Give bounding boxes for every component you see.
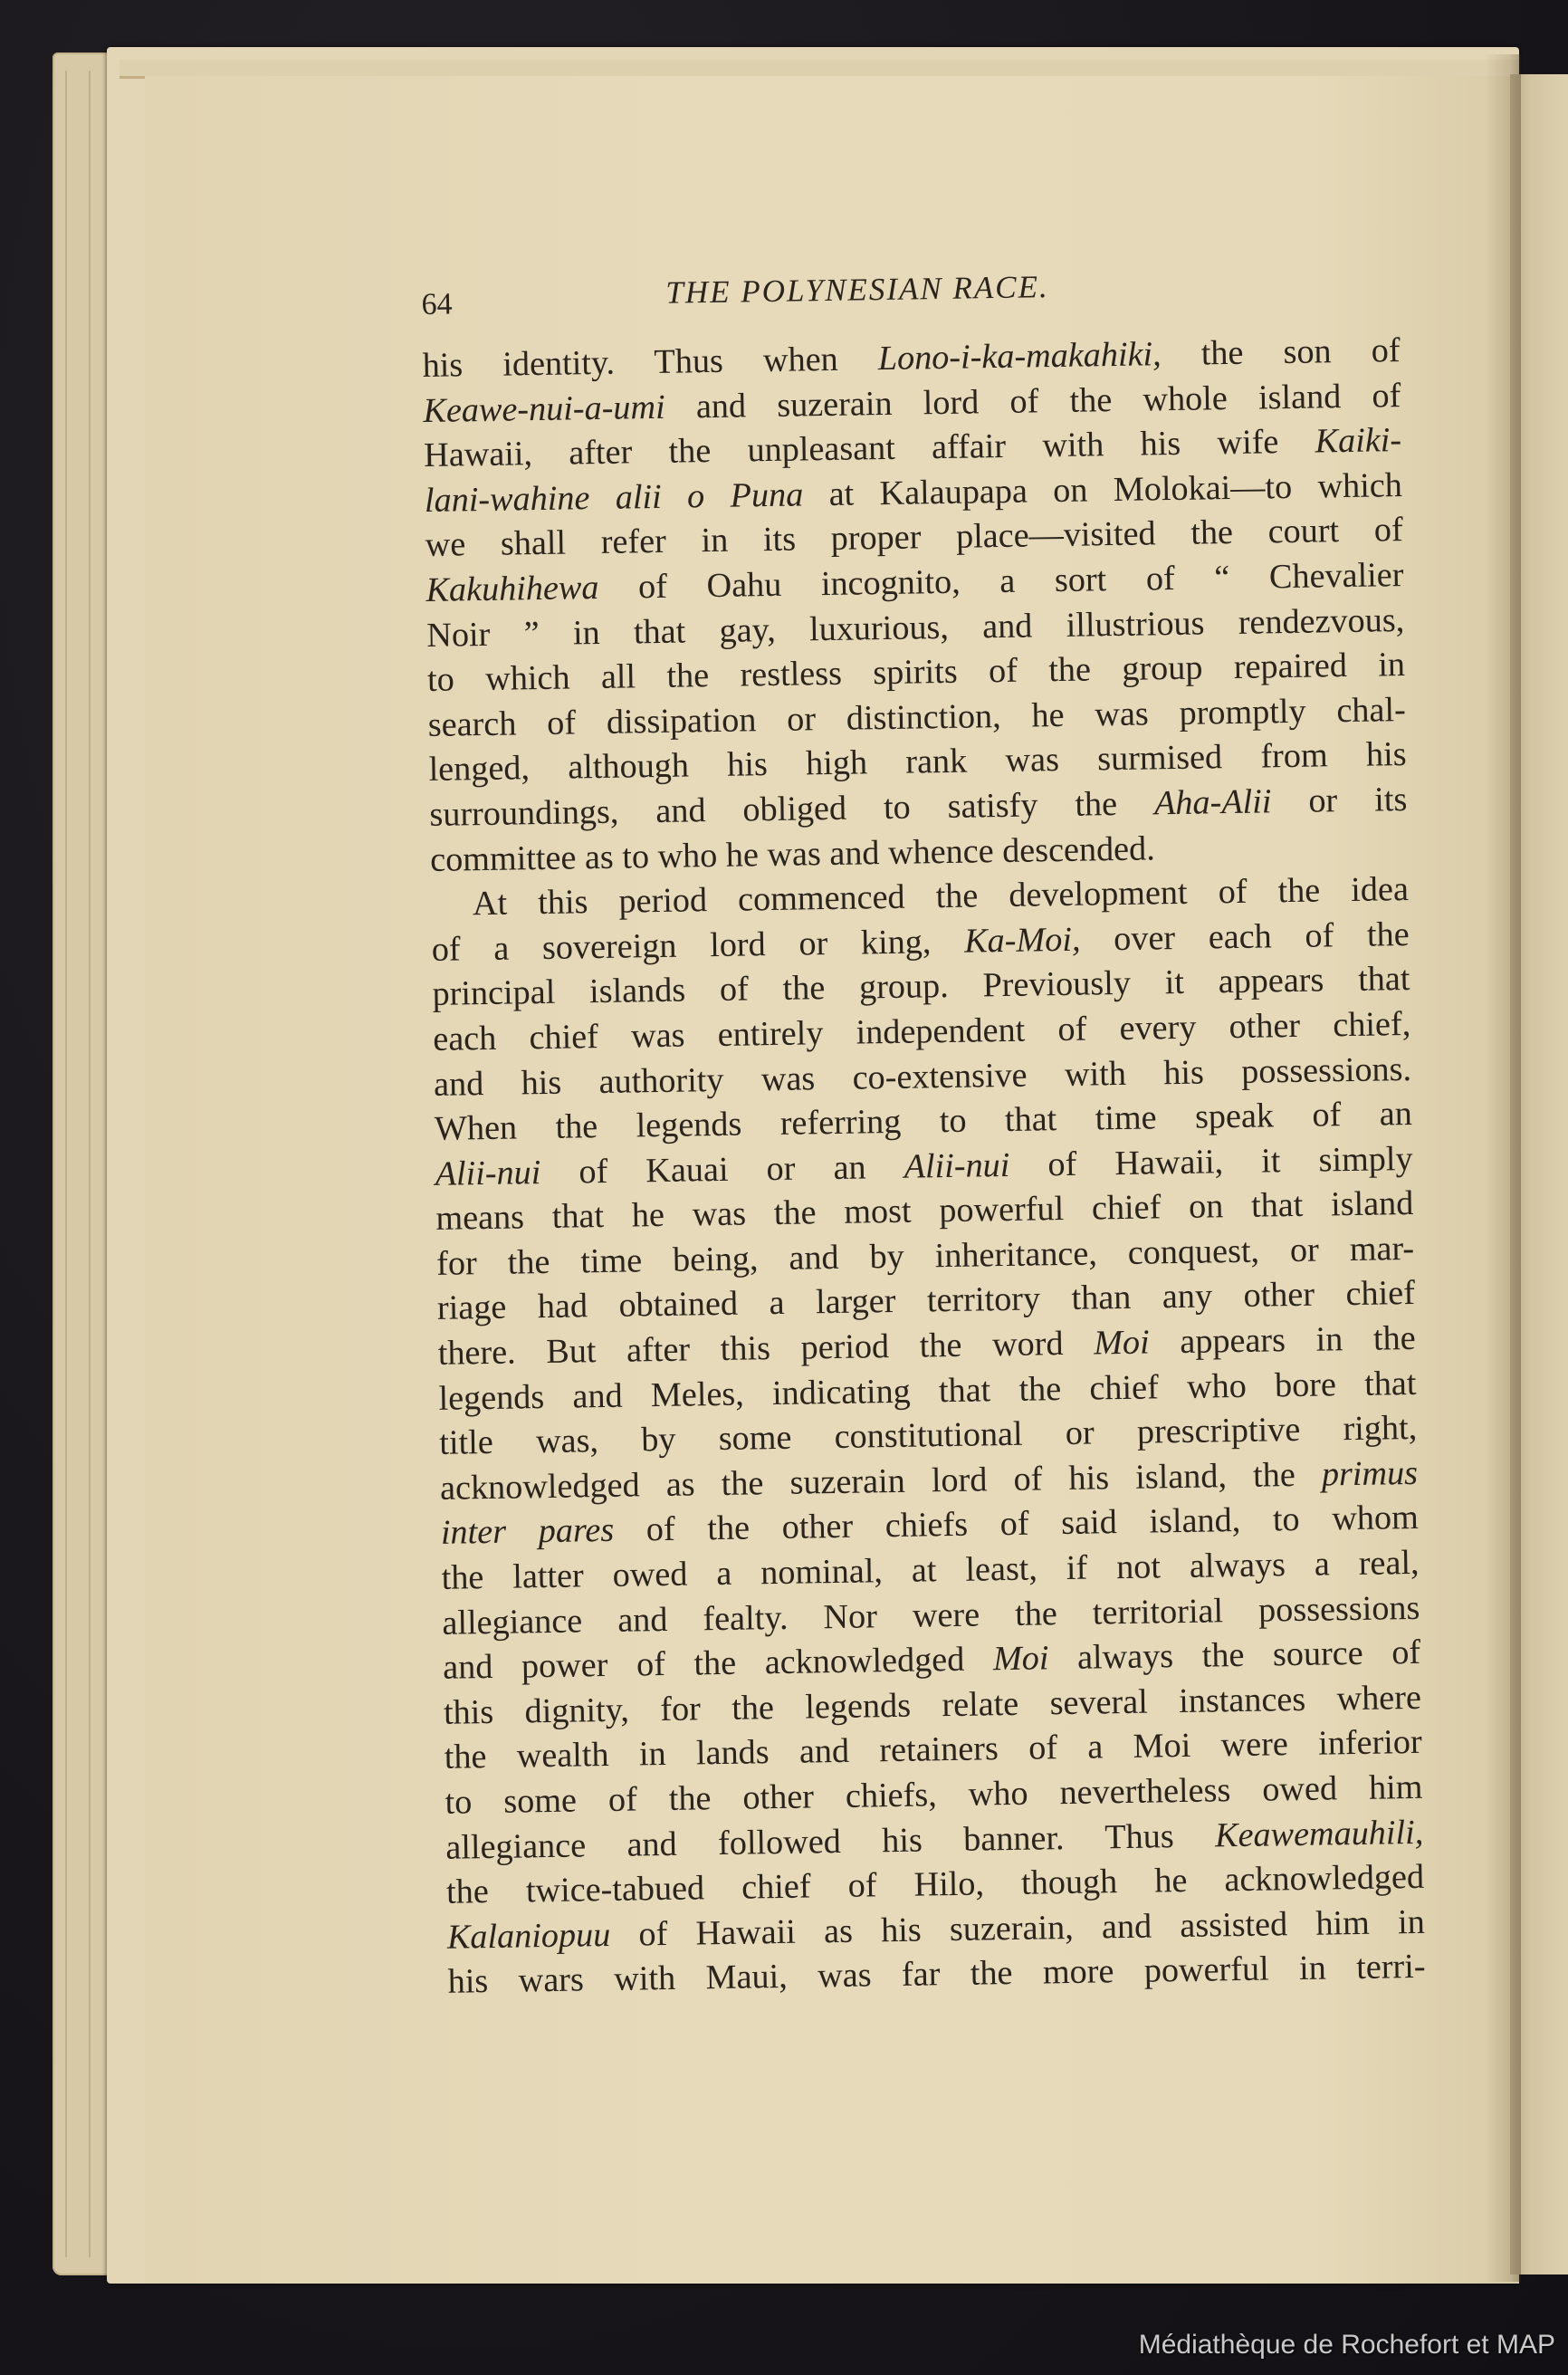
italic-term: Moi (1094, 1324, 1150, 1363)
page-number: 64 (421, 287, 453, 322)
text-run: allegiance and followed his banner. Thus (445, 1816, 1215, 1866)
italic-term: Keawe-nui-a-umi (423, 388, 665, 429)
italic-term: Kaiki- (1315, 421, 1401, 460)
body-paragraphs: his identity. Thus when Lono-i-ka-makahi… (422, 329, 1426, 2006)
italic-term: Kalaniopuu (447, 1916, 611, 1957)
italic-term: inter pares (441, 1511, 615, 1552)
text-run: of the other chiefs of said island, to w… (614, 1499, 1419, 1549)
text-run: his identity. Thus when (422, 340, 878, 385)
running-title: THE POLYNESIAN RACE. (665, 269, 1049, 311)
italic-term: Keawemauhili, (1215, 1813, 1424, 1854)
italic-term: Alii-nui (904, 1146, 1009, 1186)
text-run: appears in the (1149, 1319, 1416, 1362)
text-block: 64 THE POLYNESIAN RACE. his identity. Th… (421, 256, 1426, 2006)
italic-term: Aha-Alii (1154, 782, 1272, 822)
text-run: and suzerain lord of the whole island of (664, 377, 1401, 426)
italic-term: primus (1322, 1454, 1419, 1494)
text-run: of Hawaii, it simply (1009, 1140, 1413, 1184)
text-run: or its (1271, 780, 1408, 820)
text-run: always the source of (1048, 1633, 1420, 1677)
italic-term: Moi (993, 1640, 1049, 1679)
text-run: surroundings, and obliged to satisfy the (429, 784, 1154, 834)
page-edge-line (65, 71, 67, 2257)
text-run: and power of the acknowledged (443, 1640, 993, 1687)
text-run: of Kauai or an (540, 1147, 904, 1191)
text-run: committee as to who he was and whence de… (430, 829, 1155, 879)
italic-term: Kakuhihewa (425, 569, 599, 609)
italic-term: Lono-i-ka-makahiki, (877, 335, 1161, 378)
text-run: over each of the (1080, 915, 1410, 959)
italic-term: Alii-nui (435, 1154, 540, 1193)
italic-term: Ka-Moi, (964, 920, 1081, 960)
text-run: of a sovereign lord or king, (431, 922, 964, 968)
text-run: the son of (1161, 331, 1401, 373)
text-run: of Oahu incognito, a sort of “ Chevalier (598, 556, 1404, 607)
gutter-shadow (1485, 54, 1521, 2282)
page-edge-line (89, 71, 91, 2257)
text-run: at Kalaupapa on Molokai—to which (803, 466, 1402, 513)
text-run: there. But after this period the word (437, 1325, 1094, 1373)
library-watermark: Médiathèque de Rochefort et MAP (1139, 2330, 1555, 2361)
italic-term: lani-wahine alii o Puna (425, 475, 804, 520)
